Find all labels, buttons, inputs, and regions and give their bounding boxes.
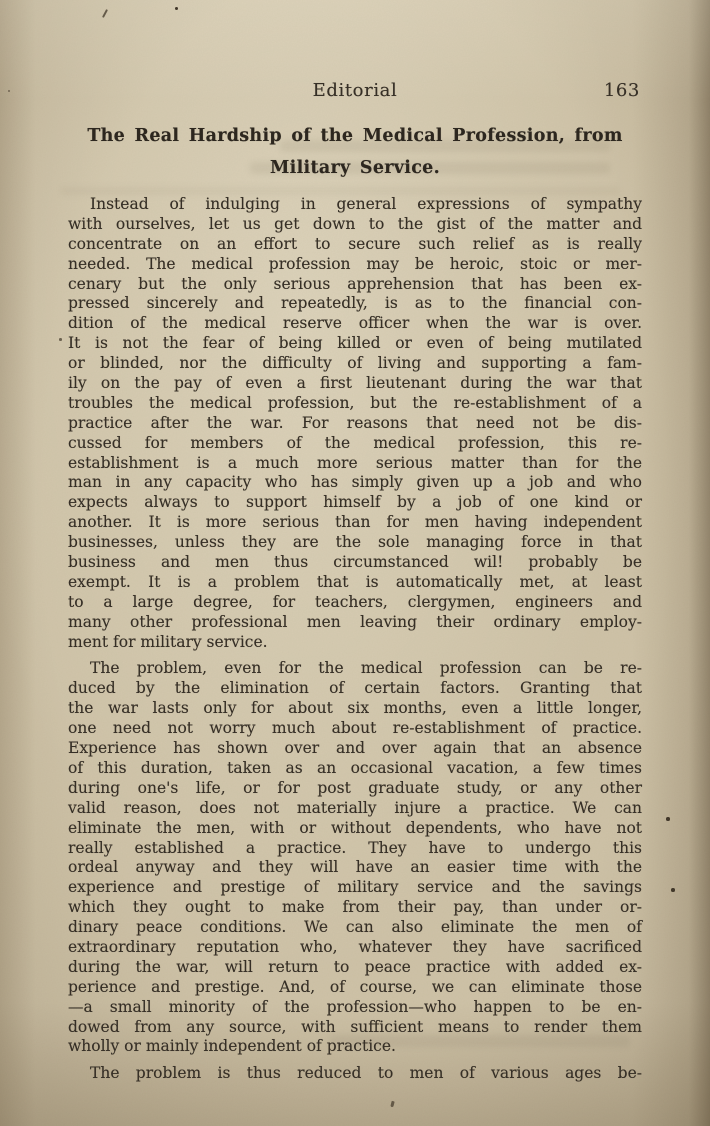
text-line: perience and prestige. And, of course, w… [68,978,642,998]
text-line: which they ought to make from their pay,… [68,898,642,918]
article-title-line2: Military Service. [68,152,642,184]
article-body: Instead of indulging in general expressi… [68,195,642,1084]
text-line: of this duration, taken as an occasional… [68,759,642,779]
text-line: ordeal anyway and they will have an easi… [68,858,642,878]
text-line: pressed sincerely and repeatedly, is as … [68,294,642,314]
text-line: dition of the medical reserve officer wh… [68,314,642,334]
text-line: Experience has shown over and over again… [68,739,642,759]
text-line: or blinded, nor the difficulty of living… [68,354,642,374]
text-line: valid reason, does not materially injure… [68,799,642,819]
text-line: practice after the war. For reasons that… [68,414,642,434]
text-line: establishment is a much more serious mat… [68,454,642,474]
paper-speck [175,7,178,10]
text-line: needed. The medical profession may be he… [68,255,642,275]
article-title: The Real Hardship of the Medical Profess… [68,120,642,184]
text-line: exempt. It is a problem that is automati… [68,573,642,593]
text-line: the war lasts only for about six months,… [68,699,642,719]
text-line: during one's life, or for post graduate … [68,779,642,799]
text-line: —a small minority of the profession—who … [68,998,642,1018]
text-line: ment for military service. [68,633,642,653]
paper-speck [8,90,10,92]
text-line: The problem, even for the medical profes… [68,659,642,679]
text-line: cussed for members of the medical profes… [68,434,642,454]
text-line: one need not worry much about re-establi… [68,719,642,739]
paper-mark [102,9,108,18]
text-line: many other professional men leaving thei… [68,613,642,633]
paragraph: Instead of indulging in general expressi… [68,195,642,652]
paper-speck [666,817,670,821]
paper-mark [390,1101,394,1107]
text-line: The problem is thus reduced to men of va… [68,1064,642,1084]
section-title: Editorial [313,80,398,101]
text-line: man in any capacity who has simply given… [68,473,642,493]
text-line: ily on the pay of even a first lieutenan… [68,374,642,394]
scanned-page: Editorial 163 The Real Hardship of the M… [0,0,710,1126]
text-line: concentrate on an effort to secure such … [68,235,642,255]
page-content: Editorial 163 The Real Hardship of the M… [68,80,642,1084]
paper-speck [59,338,62,341]
text-line: troubles the medical profession, but the… [68,394,642,414]
text-line: during the war, will return to peace pra… [68,958,642,978]
text-line: Instead of indulging in general expressi… [68,195,642,215]
text-line: expects always to support himself by a j… [68,493,642,513]
article-title-line1: The Real Hardship of the Medical Profess… [68,120,642,152]
text-line: with ourselves, let us get down to the g… [68,215,642,235]
text-line: to a large degree, for teachers, clergym… [68,593,642,613]
running-head: Editorial 163 [68,80,642,102]
text-line: experience and prestige of military serv… [68,878,642,898]
page-number: 163 [604,80,640,101]
text-line: extraordinary reputation who, whatever t… [68,938,642,958]
text-line: really established a practice. They have… [68,839,642,859]
text-line: dinary peace conditions. We can also eli… [68,918,642,938]
paper-speck [671,888,675,892]
text-line: cenary but the only serious apprehension… [68,275,642,295]
text-line: another. It is more serious than for men… [68,513,642,533]
text-line: It is not the fear of being killed or ev… [68,334,642,354]
text-line: duced by the elimination of certain fact… [68,679,642,699]
paragraph: The problem is thus reduced to men of va… [68,1064,642,1084]
text-line: businesses, unless they are the sole man… [68,533,642,553]
text-line: dowed from any source, with sufficient m… [68,1018,642,1038]
paragraph: The problem, even for the medical profes… [68,659,642,1057]
text-line: wholly or mainly independent of practice… [68,1037,642,1057]
text-line: eliminate the men, with or without depen… [68,819,642,839]
text-line: business and men thus circumstanced wil!… [68,553,642,573]
